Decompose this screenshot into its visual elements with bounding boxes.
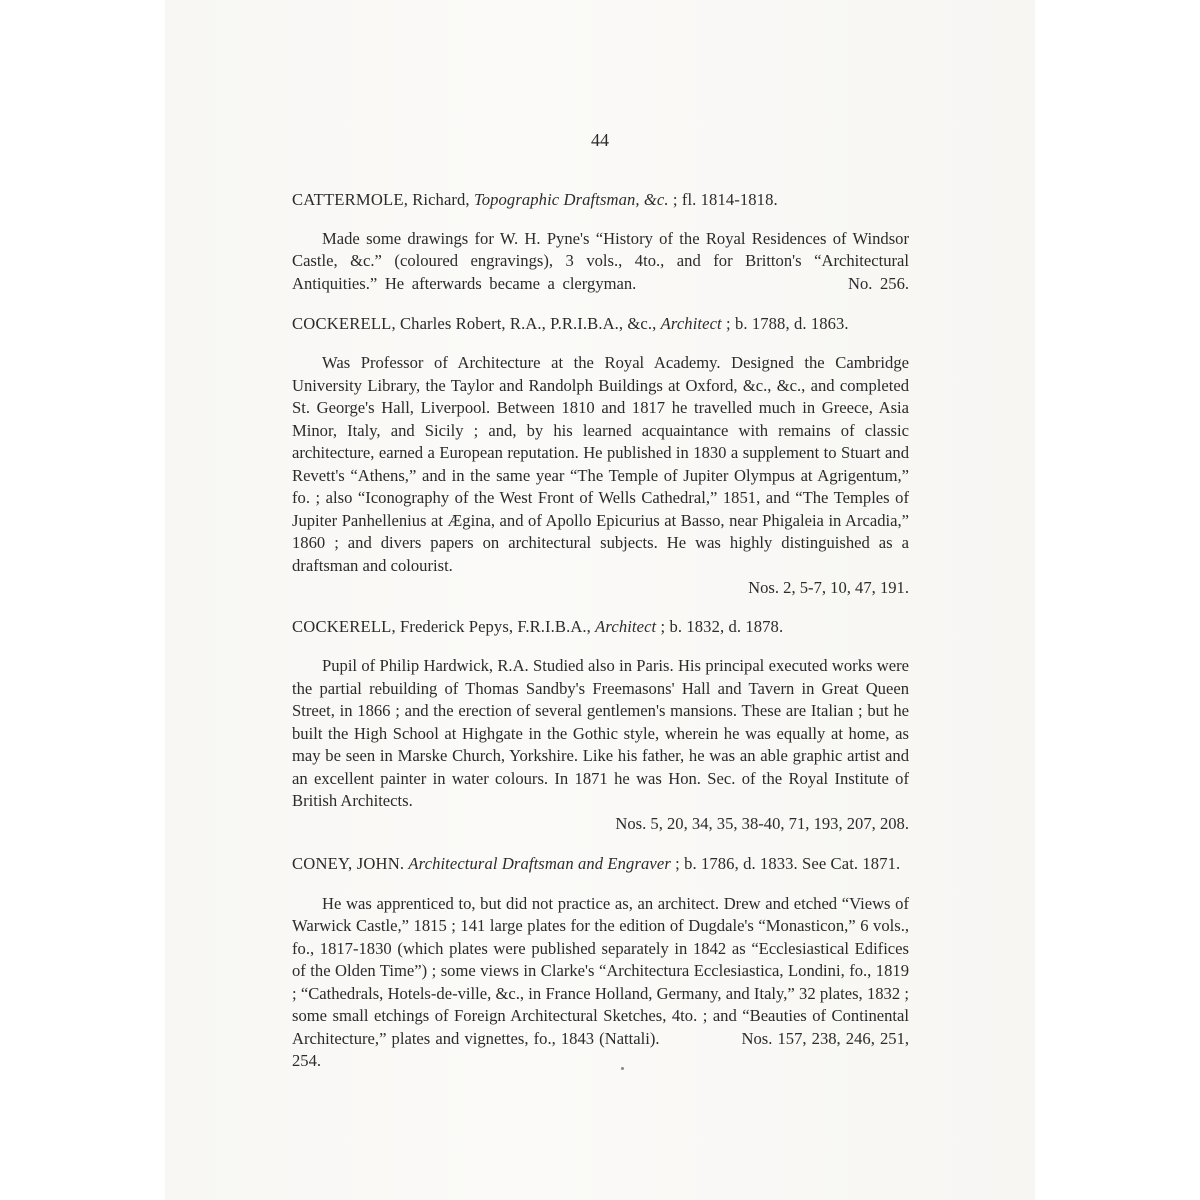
entry-role: Architect <box>595 617 656 636</box>
entry-cockerell-charles: COCKERELL, Charles Robert, R.A., P.R.I.B… <box>292 313 909 600</box>
entry-body-text: Made some drawings for W. H. Pyne's “His… <box>292 229 909 293</box>
entry-heading-pre: , Charles Robert, R.A., P.R.I.B.A., &c., <box>392 314 661 333</box>
entry-heading: COCKERELL, Charles Robert, R.A., P.R.I.B… <box>292 313 909 336</box>
entry-body: Made some drawings for W. H. Pyne's “His… <box>292 228 909 296</box>
entry-heading-post: ; b. 1788, d. 1863. <box>722 314 849 333</box>
page-content: CATTERMOLE, Richard, Topographic Draftsm… <box>292 172 909 1073</box>
entry-cattermole: CATTERMOLE, Richard, Topographic Draftsm… <box>292 189 909 296</box>
entry-surname: CATTERMOLE <box>292 190 404 209</box>
document-page: 44 CATTERMOLE, Richard, Topographic Draf… <box>165 0 1035 1200</box>
entry-body: Was Professor of Architecture at the Roy… <box>292 352 909 577</box>
entry-role: Architectural Draftsman and Engraver <box>408 854 670 873</box>
entry-heading-pre: , Richard, <box>404 190 474 209</box>
entry-heading: CONEY, JOHN. Architectural Draftsman and… <box>292 853 909 876</box>
entry-heading-pre: , Frederick Pepys, F.R.I.B.A., <box>392 617 596 636</box>
entry-surname: COCKERELL <box>292 314 392 333</box>
entry-heading-post: ; b. 1786, d. 1833. See Cat. 1871. <box>671 854 900 873</box>
entry-role: Architect <box>661 314 722 333</box>
entry-role: Topographic Draftsman, &c. <box>474 190 669 209</box>
entry-body-text: He was apprenticed to, but did not pract… <box>292 894 909 1048</box>
entry-heading: CATTERMOLE, Richard, Topographic Draftsm… <box>292 189 909 212</box>
entry-body: He was apprenticed to, but did not pract… <box>292 893 909 1073</box>
page-number: 44 <box>165 130 1035 151</box>
entry-refs: Nos. 2, 5-7, 10, 47, 191. <box>292 577 909 600</box>
entry-surname: COCKERELL <box>292 617 392 636</box>
entry-refs: No. 256. <box>848 274 909 293</box>
entry-heading-post: ; fl. 1814-1818. <box>669 190 778 209</box>
entry-coney: CONEY, JOHN. Architectural Draftsman and… <box>292 853 909 1072</box>
entry-cockerell-frederick: COCKERELL, Frederick Pepys, F.R.I.B.A., … <box>292 616 909 835</box>
entry-surname: CONEY, JOHN <box>292 854 400 873</box>
entry-heading-post: ; b. 1832, d. 1878. <box>656 617 783 636</box>
entry-body: Pupil of Philip Hardwick, R.A. Studied a… <box>292 655 909 813</box>
entry-refs: Nos. 5, 20, 34, 35, 38-40, 71, 193, 207,… <box>292 813 909 836</box>
entry-heading: COCKERELL, Frederick Pepys, F.R.I.B.A., … <box>292 616 909 639</box>
paper-speck <box>621 1067 624 1070</box>
